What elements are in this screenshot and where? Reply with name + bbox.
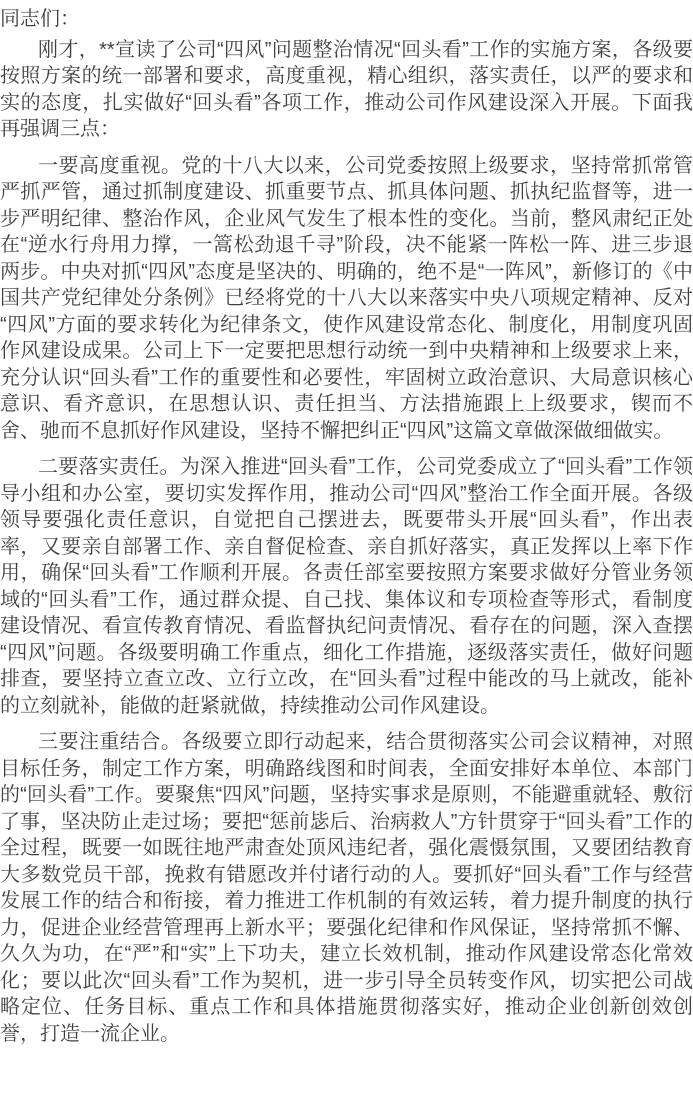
speech-document: 同志们： 刚才，**宣读了公司“四风”问题整治情况“回头看”工作的实施方案，各级… [0,0,693,1047]
paragraph-point-two: 二要落实责任。为深入推进“回头看”工作，公司党委成立了“回头看”工作领导小组和办… [0,454,693,719]
paragraph-point-three: 三要注重结合。各级要立即行动起来，结合贯彻落实公司会议精神，对照目标任务，制定工… [0,729,693,1047]
salutation: 同志们： [0,6,693,33]
document-page: { "document": { "background_color": "#ff… [0,0,693,1097]
paragraph-point-one: 一要高度重视。党的十八大以来，公司党委按照上级要求，坚持常抓常管严抓严管，通过抓… [0,153,693,445]
paragraph-opening: 刚才，**宣读了公司“四风”问题整治情况“回头看”工作的实施方案，各级要按照方案… [0,37,693,143]
